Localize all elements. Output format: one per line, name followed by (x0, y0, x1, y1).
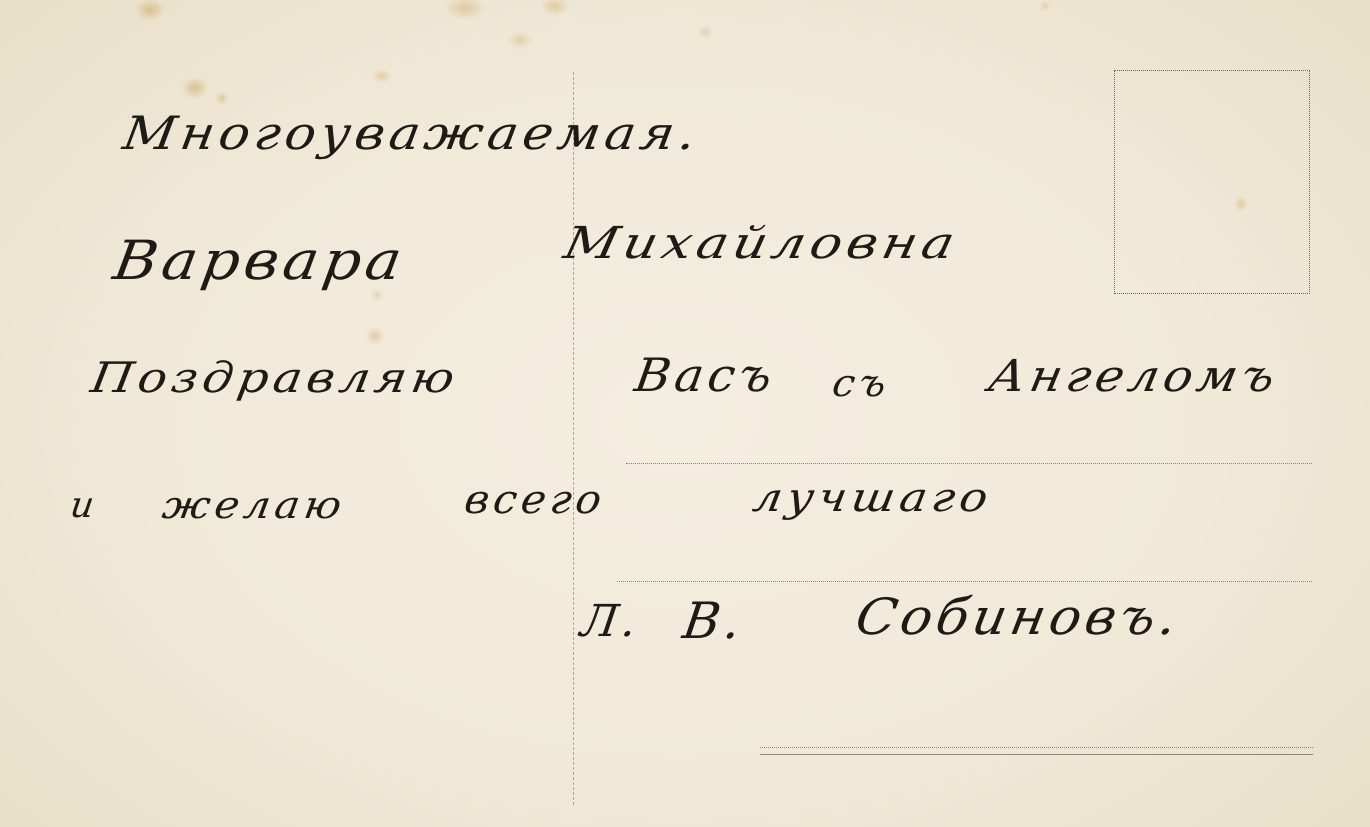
postcard-back: Многоуважаемая. Варвара Михайловна Поздр… (0, 0, 1370, 827)
signature-initial-l: Л. (578, 600, 643, 644)
wish-word-best: лучшаго (750, 478, 995, 518)
greeting-word-you: Васъ (632, 352, 779, 398)
address-line-1 (626, 463, 1312, 464)
addressee-patronymic: Михайловна (560, 222, 963, 266)
address-line-3 (760, 747, 1313, 748)
greeting-word-congratulate: Поздравляю (88, 357, 462, 399)
wish-word-wish: желаю (160, 486, 348, 524)
stamp-placeholder-box (1114, 70, 1310, 294)
signature-initial-v: В. (680, 596, 748, 646)
salutation-text: Многоуважаемая. (120, 110, 703, 156)
signature-surname: Собиновъ. (852, 592, 1185, 642)
addressee-first-name: Варвара (110, 234, 410, 288)
greeting-word-with: съ (830, 364, 893, 402)
greeting-word-angel: Ангеломъ (985, 355, 1283, 399)
center-divider-line (573, 72, 574, 805)
address-line-3-underline (760, 754, 1313, 755)
wish-word-and: и (68, 488, 100, 524)
wish-word-all: всего (462, 480, 608, 520)
address-line-2 (617, 581, 1312, 582)
